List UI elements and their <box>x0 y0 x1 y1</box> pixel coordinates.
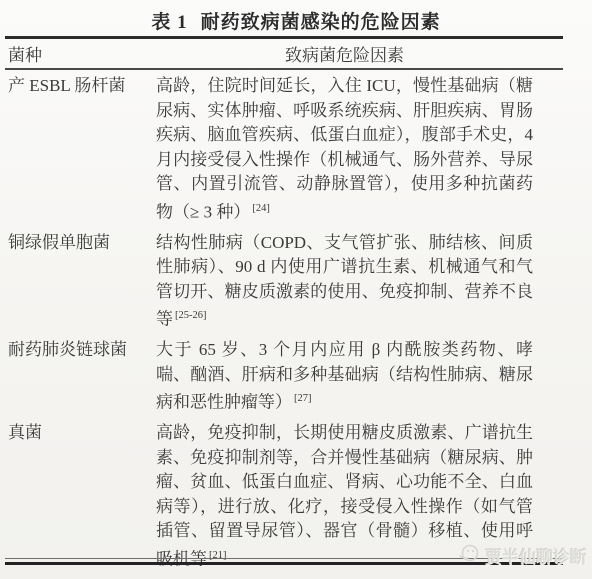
table-title-text: 耐药致病菌感染的危险因素 <box>201 12 441 33</box>
citation-ref: [25-26] <box>175 310 207 321</box>
species-cell: 耐药肺炎链球菌 <box>5 338 156 415</box>
scanned-table-page: 表 1耐药致病菌感染的危险因素 菌种 致病菌危险因素 产 ESBL 肠杆菌 高龄… <box>0 0 592 579</box>
table-row-pneumococcus: 耐药肺炎链球菌 大于 65 岁、3 个月内应用 β 内酰胺类药物、哮喘、酗酒、肝… <box>5 338 563 415</box>
table-header-row: 菌种 致病菌危险因素 <box>5 39 563 70</box>
factors-cell: 结构性肺病（COPD、支气管扩张、肺结核、间质性肺病）、90 d 内使用广谱抗生… <box>156 231 563 333</box>
table-body: 产 ESBL 肠杆菌 高龄，住院时间延长，入住 ICU，慢性基础病（糖尿病、实体… <box>5 70 563 572</box>
risk-factors-table: 菌种 致病菌危险因素 产 ESBL 肠杆菌 高龄，住院时间延长，入住 ICU，慢… <box>5 36 563 572</box>
species-cell: 产 ESBL 肠杆菌 <box>5 74 156 225</box>
table-row-pseudomonas: 铜绿假单胞菌 结构性肺病（COPD、支气管扩张、肺结核、间质性肺病）、90 d … <box>5 231 563 333</box>
table-number: 表 1 <box>151 12 187 33</box>
table-row-esbl: 产 ESBL 肠杆菌 高龄，住院时间延长，入住 ICU，慢性基础病（糖尿病、实体… <box>5 74 563 225</box>
factors-text: 结构性肺病（COPD、支气管扩张、肺结核、间质性肺病）、90 d 内使用广谱抗生… <box>156 233 533 329</box>
watermark-text: 贾半仙聊诊断 <box>485 543 587 568</box>
factors-text: 大于 65 岁、3 个月内应用 β 内酰胺类药物、哮喘、酗酒、肝病和多种基础病（… <box>156 340 533 412</box>
header-species-column: 菌种 <box>5 41 156 66</box>
citation-ref: [24] <box>252 203 270 214</box>
species-cell: 铜绿假单胞菌 <box>5 231 156 333</box>
header-factors-column: 致病菌危险因素 <box>156 41 563 66</box>
factors-text: 高龄，住院时间延长，入住 ICU，慢性基础病（糖尿病、实体肿瘤、呼吸系统疾病、肝… <box>156 76 533 221</box>
watermark: 贾半仙聊诊断 <box>458 543 587 568</box>
face-logo-icon <box>458 543 480 568</box>
factors-cell: 大于 65 岁、3 个月内应用 β 内酰胺类药物、哮喘、酗酒、肝病和多种基础病（… <box>156 338 563 415</box>
citation-ref: [27] <box>294 393 312 404</box>
species-cell: 真菌 <box>5 421 156 572</box>
factors-cell: 高龄，住院时间延长，入住 ICU，慢性基础病（糖尿病、实体肿瘤、呼吸系统疾病、肝… <box>156 74 563 225</box>
table-title: 表 1耐药致病菌感染的危险因素 <box>0 7 592 34</box>
